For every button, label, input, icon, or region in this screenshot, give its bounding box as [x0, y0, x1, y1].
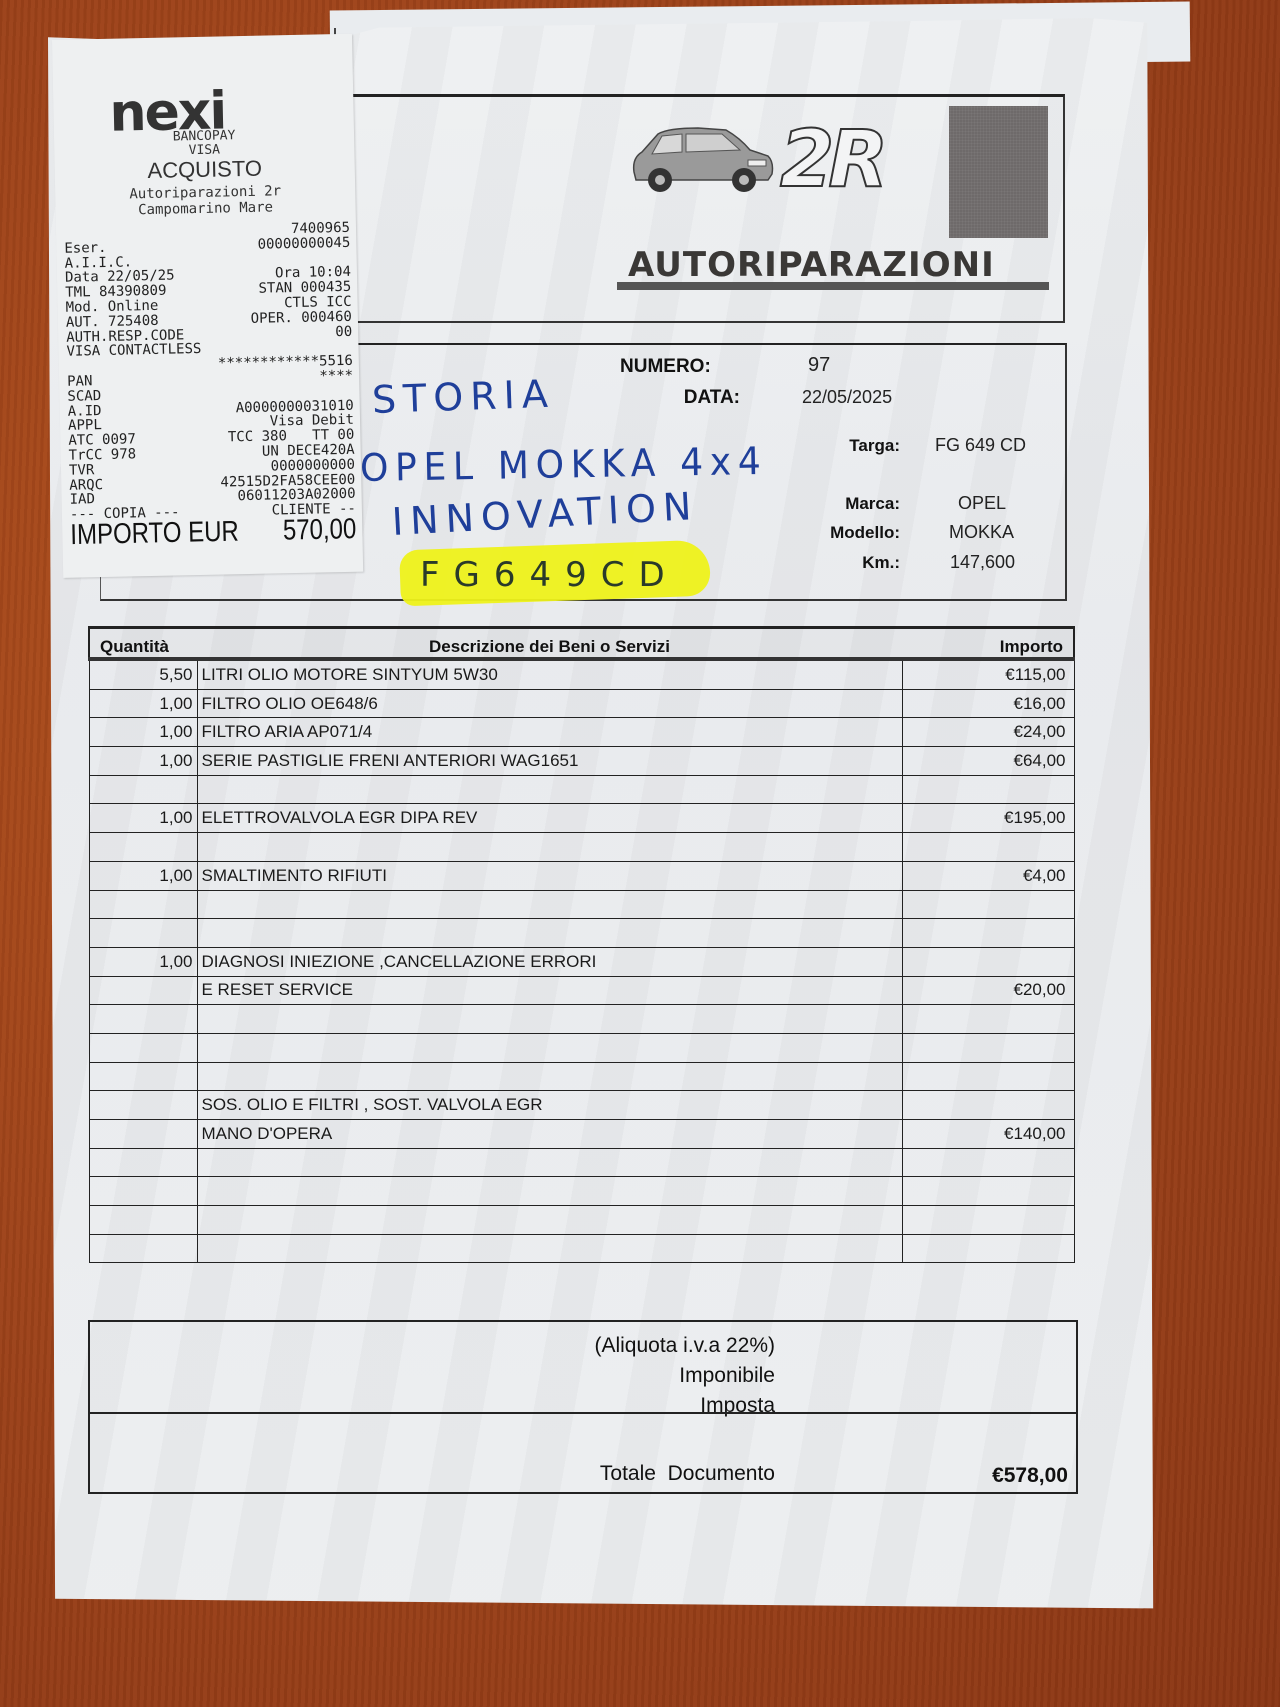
imponibile-label: Imponibile: [475, 1364, 775, 1388]
totale-documento-label: Totale Documento: [475, 1462, 775, 1486]
item-quantity: [89, 1206, 197, 1235]
table-row: SOS. OLIO E FILTRI , SOST. VALVOLA EGR: [89, 1091, 1074, 1120]
vat-rate: (Aliquota i.v.a 22%): [475, 1334, 775, 1358]
item-amount: [902, 1091, 1074, 1120]
item-quantity: 5,50: [89, 659, 197, 689]
item-amount: €140,00: [902, 1120, 1074, 1149]
item-quantity: [89, 775, 197, 804]
table-row: E RESET SERVICE€20,00: [89, 976, 1074, 1005]
item-description: [197, 1062, 902, 1091]
table-row: 1,00FILTRO OLIO OE648/6€16,00: [89, 689, 1074, 718]
table-row: 1,00FILTRO ARIA AP071/4€24,00: [89, 718, 1074, 747]
table-row: [89, 1206, 1074, 1235]
item-description: [197, 775, 902, 804]
item-quantity: [89, 1033, 197, 1062]
item-description: [197, 919, 902, 948]
handwritten-storia: STORIA: [371, 372, 555, 422]
item-amount: [902, 1062, 1074, 1091]
item-description: E RESET SERVICE: [197, 976, 902, 1005]
table-row: [89, 919, 1074, 948]
item-description: [197, 890, 902, 919]
item-description: [197, 1148, 902, 1177]
receipt-total: IMPORTO EUR 570,00: [70, 513, 357, 553]
imposta-label: Imposta: [475, 1394, 775, 1418]
targa-label: Targa:: [780, 436, 900, 456]
item-quantity: 1,00: [89, 804, 197, 833]
table-row: [89, 1005, 1074, 1034]
item-description: FILTRO OLIO OE648/6: [197, 689, 902, 718]
company-underline: [617, 282, 1049, 290]
item-quantity: [89, 1005, 197, 1034]
numero-label: NUMERO:: [620, 356, 740, 378]
item-quantity: [89, 1148, 197, 1177]
item-quantity: [89, 890, 197, 919]
item-description: [197, 1206, 902, 1235]
item-description: LITRI OLIO MOTORE SINTYUM 5W30: [197, 659, 902, 689]
item-amount: [902, 833, 1074, 862]
targa-value: FG 649 CD: [935, 435, 1026, 456]
company-logo-2r: 2R: [780, 115, 882, 205]
item-description: [197, 833, 902, 862]
column-header-description: Descrizione dei Beni o Servizi: [197, 628, 902, 660]
item-description: [197, 1177, 902, 1206]
data-label: DATA:: [600, 387, 740, 409]
table-row: 1,00SERIE PASTIGLIE FRENI ANTERIORI WAG1…: [89, 747, 1074, 776]
item-quantity: [89, 833, 197, 862]
items-table: Quantità Descrizione dei Beni o Servizi …: [88, 626, 1073, 1263]
totale-documento-value: €578,00: [992, 1464, 1068, 1488]
table-row: 1,00SMALTIMENTO RIFIUTI€4,00: [89, 861, 1074, 890]
item-quantity: 1,00: [89, 718, 197, 747]
item-description: [197, 1234, 902, 1263]
handwritten-car-model: OPEL MOKKA 4x4: [360, 439, 768, 490]
receipt-total-label: IMPORTO EUR: [70, 515, 239, 552]
item-amount: €115,00: [902, 659, 1074, 689]
item-quantity: 1,00: [89, 947, 197, 976]
item-amount: [902, 1177, 1074, 1206]
item-amount: €24,00: [902, 718, 1074, 747]
item-description: SOS. OLIO E FILTRI , SOST. VALVOLA EGR: [197, 1091, 902, 1120]
table-row: 1,00DIAGNOSI INIEZIONE ,CANCELLAZIONE ER…: [89, 947, 1074, 976]
item-quantity: 1,00: [89, 689, 197, 718]
item-amount: [902, 1005, 1074, 1034]
receipt-transaction-type: ACQUISTO: [55, 154, 355, 186]
item-description: FILTRO ARIA AP071/4: [197, 718, 902, 747]
item-quantity: [89, 1091, 197, 1120]
item-description: ELETTROVALVOLA EGR DIPA REV: [197, 804, 902, 833]
marca-value: OPEL: [958, 493, 1006, 514]
column-header-amount: Importo: [902, 628, 1074, 660]
item-amount: €16,00: [902, 689, 1074, 718]
item-description: SERIE PASTIGLIE FRENI ANTERIORI WAG1651: [197, 747, 902, 776]
item-quantity: [89, 1234, 197, 1263]
table-row: [89, 1148, 1074, 1177]
company-name: AUTORIPARAZIONI: [628, 245, 995, 285]
totals-box: (Aliquota i.v.a 22%) Imponibile Imposta …: [88, 1320, 1078, 1494]
numero-value: 97: [808, 354, 830, 377]
item-amount: [902, 1148, 1074, 1177]
item-description: [197, 1033, 902, 1062]
item-amount: €4,00: [902, 861, 1074, 890]
item-quantity: 1,00: [89, 861, 197, 890]
item-description: DIAGNOSI INIEZIONE ,CANCELLAZIONE ERRORI: [197, 947, 902, 976]
payment-receipt: nexi BANCOPAY VISA ACQUISTO Autoriparazi…: [52, 34, 363, 578]
item-amount: €195,00: [902, 804, 1074, 833]
car-logo-icon: [628, 122, 776, 200]
modello-label: Modello:: [780, 523, 900, 543]
logo-gray-square: [949, 106, 1048, 238]
item-description: SMALTIMENTO RIFIUTI: [197, 861, 902, 890]
item-quantity: [89, 1062, 197, 1091]
item-quantity: [89, 976, 197, 1005]
table-row: [89, 1234, 1074, 1263]
modello-value: MOKKA: [949, 522, 1014, 543]
km-label: Km.:: [780, 553, 900, 573]
item-description: [197, 1005, 902, 1034]
km-value: 147,600: [950, 552, 1015, 573]
item-amount: €20,00: [902, 976, 1074, 1005]
item-amount: [902, 1234, 1074, 1263]
item-quantity: [89, 1177, 197, 1206]
item-amount: [902, 1033, 1074, 1062]
table-row: [89, 1033, 1074, 1062]
table-row: MANO D'OPERA€140,00: [89, 1120, 1074, 1149]
handwritten-plate: FG649CD: [420, 555, 679, 595]
column-header-quantity: Quantità: [89, 628, 197, 660]
table-row: 1,00ELETTROVALVOLA EGR DIPA REV€195,00: [89, 804, 1074, 833]
item-amount: [902, 890, 1074, 919]
item-quantity: 1,00: [89, 747, 197, 776]
item-amount: [902, 1206, 1074, 1235]
data-value: 22/05/2025: [802, 387, 892, 408]
item-amount: €64,00: [902, 747, 1074, 776]
item-amount: [902, 947, 1074, 976]
item-quantity: [89, 1120, 197, 1149]
receipt-total-value: 570,00: [283, 513, 357, 548]
item-amount: [902, 775, 1074, 804]
table-row: [89, 833, 1074, 862]
marca-label: Marca:: [780, 494, 900, 514]
table-row: [89, 1177, 1074, 1206]
table-row: [89, 890, 1074, 919]
table-row: 5,50LITRI OLIO MOTORE SINTYUM 5W30€115,0…: [89, 659, 1074, 689]
table-row: [89, 1062, 1074, 1091]
item-description: MANO D'OPERA: [197, 1120, 902, 1149]
item-quantity: [89, 919, 197, 948]
item-amount: [902, 919, 1074, 948]
table-row: [89, 775, 1074, 804]
